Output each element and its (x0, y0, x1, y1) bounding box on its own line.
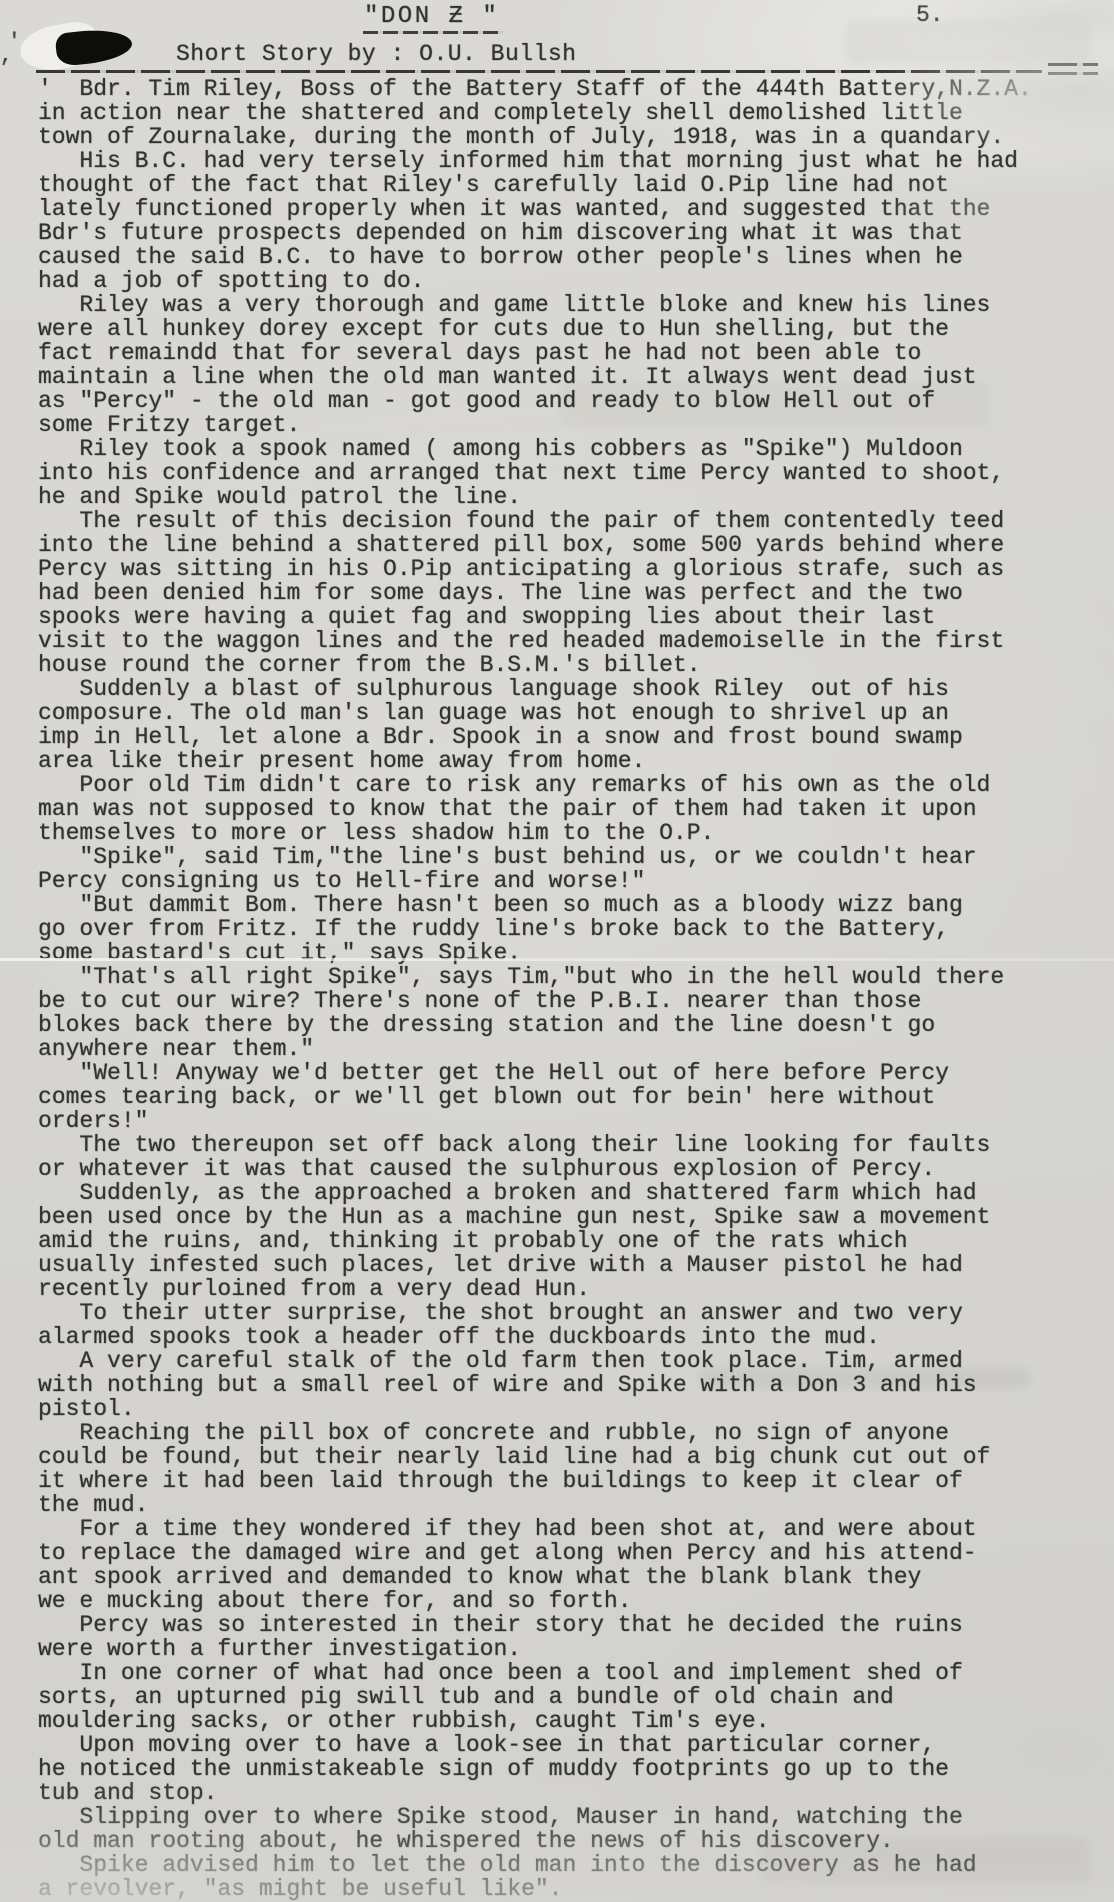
text-line: area like their present home away from h… (38, 749, 1032, 773)
text-line: themselves to more or less shadow him to… (38, 821, 1032, 845)
text-line: comes tearing back, or we'll get blown o… (38, 1085, 1032, 1109)
text-line: into the line behind a shattered pill bo… (38, 533, 1032, 557)
text-line: blokes back there by the dressing statio… (38, 1013, 1032, 1037)
text-line: were worth a further investigation. (38, 1637, 1032, 1661)
text-line: he and Spike would patrol the line. (38, 485, 1032, 509)
text-line: imp in Hell, let alone a Bdr. Spook in a… (38, 725, 1032, 749)
text-line: had a job of spotting to do. (38, 269, 1032, 293)
text-line: Poor old Tim didn't care to risk any rem… (38, 773, 1032, 797)
text-line: For a time they wondered if they had bee… (38, 1517, 1032, 1541)
text-line: town of Zournalake, during the month of … (38, 125, 1032, 149)
text-line: Reaching the pill box of concrete and ru… (38, 1421, 1032, 1445)
page-number: 5. (916, 2, 944, 28)
text-line: he noticed the unmistakeable sign of mud… (38, 1757, 1032, 1781)
text-line: Bdr's future prospects depended on him d… (38, 221, 1032, 245)
text-line: caused the said B.C. to have to borrow o… (38, 245, 1032, 269)
text-line: could be found, but their nearly laid li… (38, 1445, 1032, 1469)
text-line: house round the corner from the B.S.M.'s… (38, 653, 1032, 677)
text-line: visit to the waggon lines and the red he… (38, 629, 1032, 653)
text-line: go over from Fritz. If the ruddy line's … (38, 917, 1032, 941)
text-line: as "Percy" - the old man - got good and … (38, 389, 1032, 413)
text-line: amid the ruins, and, thinking it probabl… (38, 1229, 1032, 1253)
text-line: fact remaindd that for several days past… (38, 341, 1032, 365)
text-line: The result of this decision found the pa… (38, 509, 1032, 533)
text-line: Spike advised him to let the old man int… (38, 1853, 1032, 1877)
paper-crease (0, 958, 1114, 961)
manuscript-page: ' , "DON Ƶ " 5. Short Story by : O.U. Bu… (0, 0, 1114, 1902)
text-line: orders!" (38, 1109, 1032, 1133)
text-line: to replace the damaged wire and get alon… (38, 1541, 1032, 1565)
text-line: "Spike", said Tim,"the line's bust behin… (38, 845, 1032, 869)
text-line: Suddenly, as the approached a broken and… (38, 1181, 1032, 1205)
text-line: were all hunkey dorey except for cuts du… (38, 317, 1032, 341)
text-line: Percy was so interested in their story t… (38, 1613, 1032, 1637)
bleed-through-ghost (845, 20, 1090, 64)
text-line: Upon moving over to have a look-see in t… (38, 1733, 1032, 1757)
text-line: the mud. (38, 1493, 1032, 1517)
text-line: some bastard's cut it," says Spike. (38, 941, 1032, 965)
text-line: Riley was a very thorough and game littl… (38, 293, 1032, 317)
text-line: be to cut our wire? There's none of the … (38, 989, 1032, 1013)
text-line: Slipping over to where Spike stood, Maus… (38, 1805, 1032, 1829)
text-line: Riley took a spook named ( among his cob… (38, 437, 1032, 461)
text-line: Percy was sitting in his O.Pip anticipat… (38, 557, 1032, 581)
text-line: thought of the fact that Riley's careful… (38, 173, 1032, 197)
text-line: old man rooting about, he whispered the … (38, 1829, 1032, 1853)
text-line: Suddenly a blast of sulphurous language … (38, 677, 1032, 701)
text-line: sorts, an upturned pig swill tub and a b… (38, 1685, 1032, 1709)
text-line: man was not supposed to know that the pa… (38, 797, 1032, 821)
text-line: Percy consigning us to Hell-fire and wor… (38, 869, 1032, 893)
header-divider-rule-end (1048, 63, 1098, 66)
text-line: been used once by the Hun as a machine g… (38, 1205, 1032, 1229)
header-divider-rule-end (1048, 72, 1098, 75)
text-line: A very careful stalk of the old farm the… (38, 1349, 1032, 1373)
ink-blot (54, 26, 133, 67)
byline: Short Story by : O.U. Bullsh (176, 41, 576, 67)
text-line: To their utter surprise, the shot brough… (38, 1301, 1032, 1325)
text-line: usually infested such places, let drive … (38, 1253, 1032, 1277)
text-line: alarmed spooks took a header off the duc… (38, 1325, 1032, 1349)
title-underline (363, 31, 503, 34)
text-line: His B.C. had very tersely informed him t… (38, 149, 1032, 173)
text-line: spooks were having a quiet fag and swopp… (38, 605, 1032, 629)
text-line: recently purloined from a very dead Hun. (38, 1277, 1032, 1301)
text-line: "But dammit Bom. There hasn't been so mu… (38, 893, 1032, 917)
text-line: in action near the shattered and complet… (38, 101, 1032, 125)
text-line: lately functioned properly when it was w… (38, 197, 1032, 221)
text-line: a revolver, "as might be useful like". (38, 1877, 1032, 1901)
text-line: ' Bdr. Tim Riley, Boss of the Battery St… (38, 77, 1032, 101)
text-line: some Fritzy target. (38, 413, 1032, 437)
text-line: or whatever it was that caused the sulph… (38, 1157, 1032, 1181)
text-line: "That's all right Spike", says Tim,"but … (38, 965, 1032, 989)
text-line: In one corner of what had once been a to… (38, 1661, 1032, 1685)
text-line: had been denied him for some days. The l… (38, 581, 1032, 605)
text-line: ant spook arrived and demanded to know w… (38, 1565, 1032, 1589)
text-line: with nothing but a small reel of wire an… (38, 1373, 1032, 1397)
text-line: mouldering sacks, or other rubbish, caug… (38, 1709, 1032, 1733)
text-line: anywhere near them." (38, 1037, 1032, 1061)
text-line: "Well! Anyway we'd better get the Hell o… (38, 1061, 1032, 1085)
margin-mark: , (0, 45, 13, 68)
text-line: pistol. (38, 1397, 1032, 1421)
story-title: "DON Ƶ " (364, 3, 499, 30)
text-line: maintain a line when the old man wanted … (38, 365, 1032, 389)
text-line: composure. The old man's lan guage was h… (38, 701, 1032, 725)
header-divider-rule (36, 70, 1042, 73)
text-line: we e mucking about there for, and so for… (38, 1589, 1032, 1613)
story-body: ' Bdr. Tim Riley, Boss of the Battery St… (38, 77, 1032, 1901)
text-line: The two thereupon set off back along the… (38, 1133, 1032, 1157)
text-line: it where it had been laid through the bu… (38, 1469, 1032, 1493)
text-line: tub and stop. (38, 1781, 1032, 1805)
text-line: into his confidence and arranged that ne… (38, 461, 1032, 485)
